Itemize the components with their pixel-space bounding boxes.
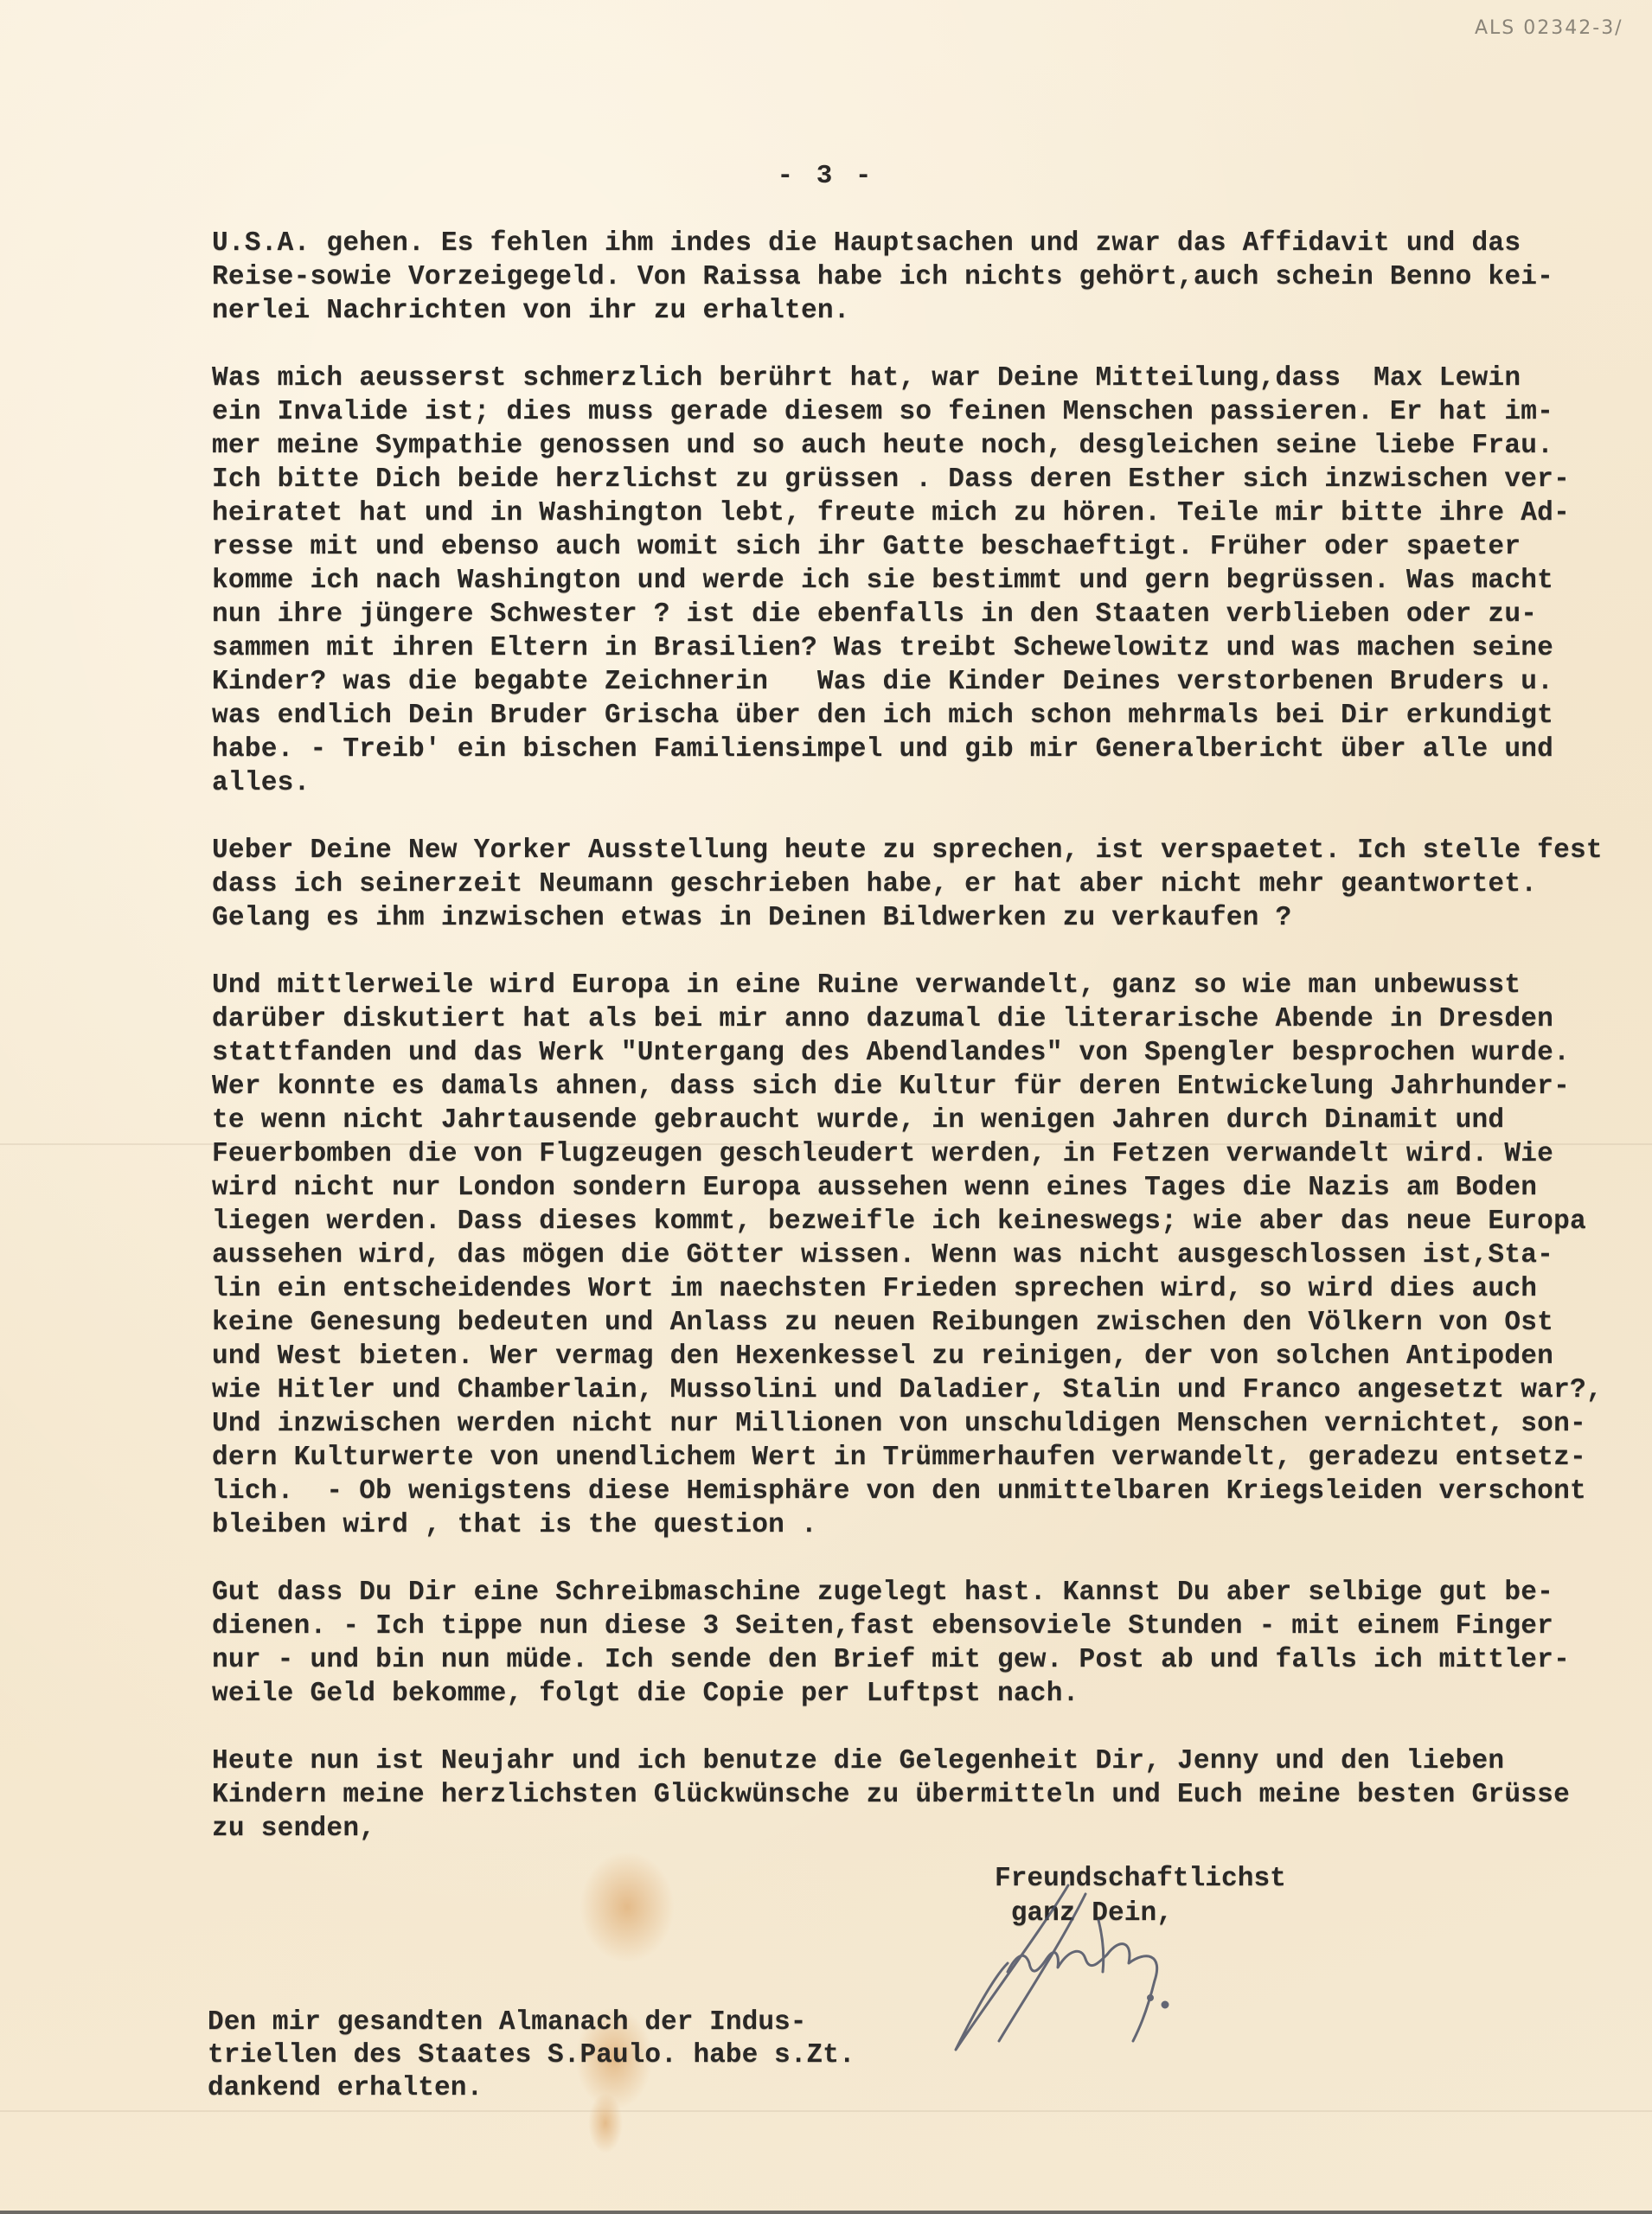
text-line: habe. - Treib' ein bischen Familiensimpe… [212,733,1613,766]
postscript-line: dankend erhalten. [208,2072,855,2105]
text-line: lich. - Ob wenigstens diese Hemisphäre v… [212,1475,1613,1508]
text-line: Und mittlerweile wird Europa in eine Rui… [212,969,1613,1002]
text-line: Gut dass Du Dir eine Schreibmaschine zug… [212,1576,1613,1609]
page-number: - 3 - [0,161,1652,191]
text-line: Heute nun ist Neujahr und ich benutze di… [212,1744,1613,1778]
handwritten-signature [938,1868,1224,2067]
letter-body: U.S.A. gehen. Es fehlen ihm indes die Ha… [212,227,1613,1879]
text-line: Wer konnte es damals ahnen, dass sich di… [212,1070,1613,1104]
text-line: Feuerbomben die von Flugzeugen geschleud… [212,1137,1613,1171]
paper-fold-line [0,2110,1652,2112]
paragraph-2: Was mich aeusserst schmerzlich berührt h… [212,362,1613,800]
text-line: alles. [212,766,1613,800]
text-line: bleiben wird , that is the question . [212,1508,1613,1542]
text-line: und West bieten. Wer vermag den Hexenkes… [212,1340,1613,1373]
paragraph-3: Ueber Deine New Yorker Ausstellung heute… [212,834,1613,935]
text-line: dienen. - Ich tippe nun diese 3 Seiten,f… [212,1609,1613,1643]
text-line: nun ihre jüngere Schwester ? ist die ebe… [212,598,1613,631]
text-line: Und inzwischen werden nicht nur Millione… [212,1407,1613,1441]
text-line: Kinder? was die begabte Zeichnerin Was d… [212,665,1613,699]
text-line: sammen mit ihren Eltern in Brasilien? Wa… [212,631,1613,665]
text-line: nerlei Nachrichten von ihr zu erhalten. [212,294,1613,328]
text-line: stattfanden und das Werk "Untergang des … [212,1036,1613,1070]
text-line: aussehen wird, das mögen die Götter wiss… [212,1238,1613,1272]
text-line: ein Invalide ist; dies muss gerade diese… [212,395,1613,429]
scan-edge [0,2211,1652,2214]
text-line: dass ich seinerzeit Neumann geschrieben … [212,867,1613,901]
text-line: lin ein entscheidendes Wort im naechsten… [212,1272,1613,1306]
text-line: wird nicht nur London sondern Europa aus… [212,1171,1613,1205]
text-line: nur - und bin nun müde. Ich sende den Br… [212,1643,1613,1677]
text-line: keine Genesung bedeuten und Anlass zu ne… [212,1306,1613,1340]
text-line: Gelang es ihm inzwischen etwas in Deinen… [212,901,1613,935]
text-line: heiratet hat und in Washington lebt, fre… [212,496,1613,530]
postscript-line: triellen des Staates S.Paulo. habe s.Zt. [208,2039,855,2072]
text-line: te wenn nicht Jahrtausende gebraucht wur… [212,1104,1613,1137]
text-line: darüber diskutiert hat als bei mir anno … [212,1002,1613,1036]
text-line: dern Kulturwerte von unendlichem Wert in… [212,1441,1613,1475]
text-line: Ich bitte Dich beide herzlichst zu grüss… [212,463,1613,496]
text-line: Ueber Deine New Yorker Ausstellung heute… [212,834,1613,867]
text-line: mer meine Sympathie genossen und so auch… [212,429,1613,463]
text-line: was endlich Dein Bruder Grischa über den… [212,699,1613,733]
paragraph-5: Gut dass Du Dir eine Schreibmaschine zug… [212,1576,1613,1711]
text-line: Reise-sowie Vorzeigegeld. Von Raissa hab… [212,260,1613,294]
text-line: komme ich nach Washington und werde ich … [212,564,1613,598]
paragraph-4: Und mittlerweile wird Europa in eine Rui… [212,969,1613,1542]
text-line: U.S.A. gehen. Es fehlen ihm indes die Ha… [212,227,1613,260]
text-line: Kindern meine herzlichsten Glückwünsche … [212,1778,1613,1812]
archive-reference: ALS 02342-3/ [1475,17,1623,39]
postscript: Den mir gesandten Almanach der Indus- tr… [208,2006,855,2105]
text-line: resse mit und ebenso auch womit sich ihr… [212,530,1613,564]
paragraph-1: U.S.A. gehen. Es fehlen ihm indes die Ha… [212,227,1613,328]
text-line: weile Geld bekomme, folgt die Copie per … [212,1677,1613,1711]
text-line: zu senden, [212,1812,1613,1846]
text-line: Was mich aeusserst schmerzlich berührt h… [212,362,1613,395]
postscript-line: Den mir gesandten Almanach der Indus- [208,2006,855,2039]
text-line: wie Hitler und Chamberlain, Mussolini un… [212,1373,1613,1407]
paragraph-6: Heute nun ist Neujahr und ich benutze di… [212,1744,1613,1846]
text-line: liegen werden. Dass dieses kommt, bezwei… [212,1205,1613,1238]
